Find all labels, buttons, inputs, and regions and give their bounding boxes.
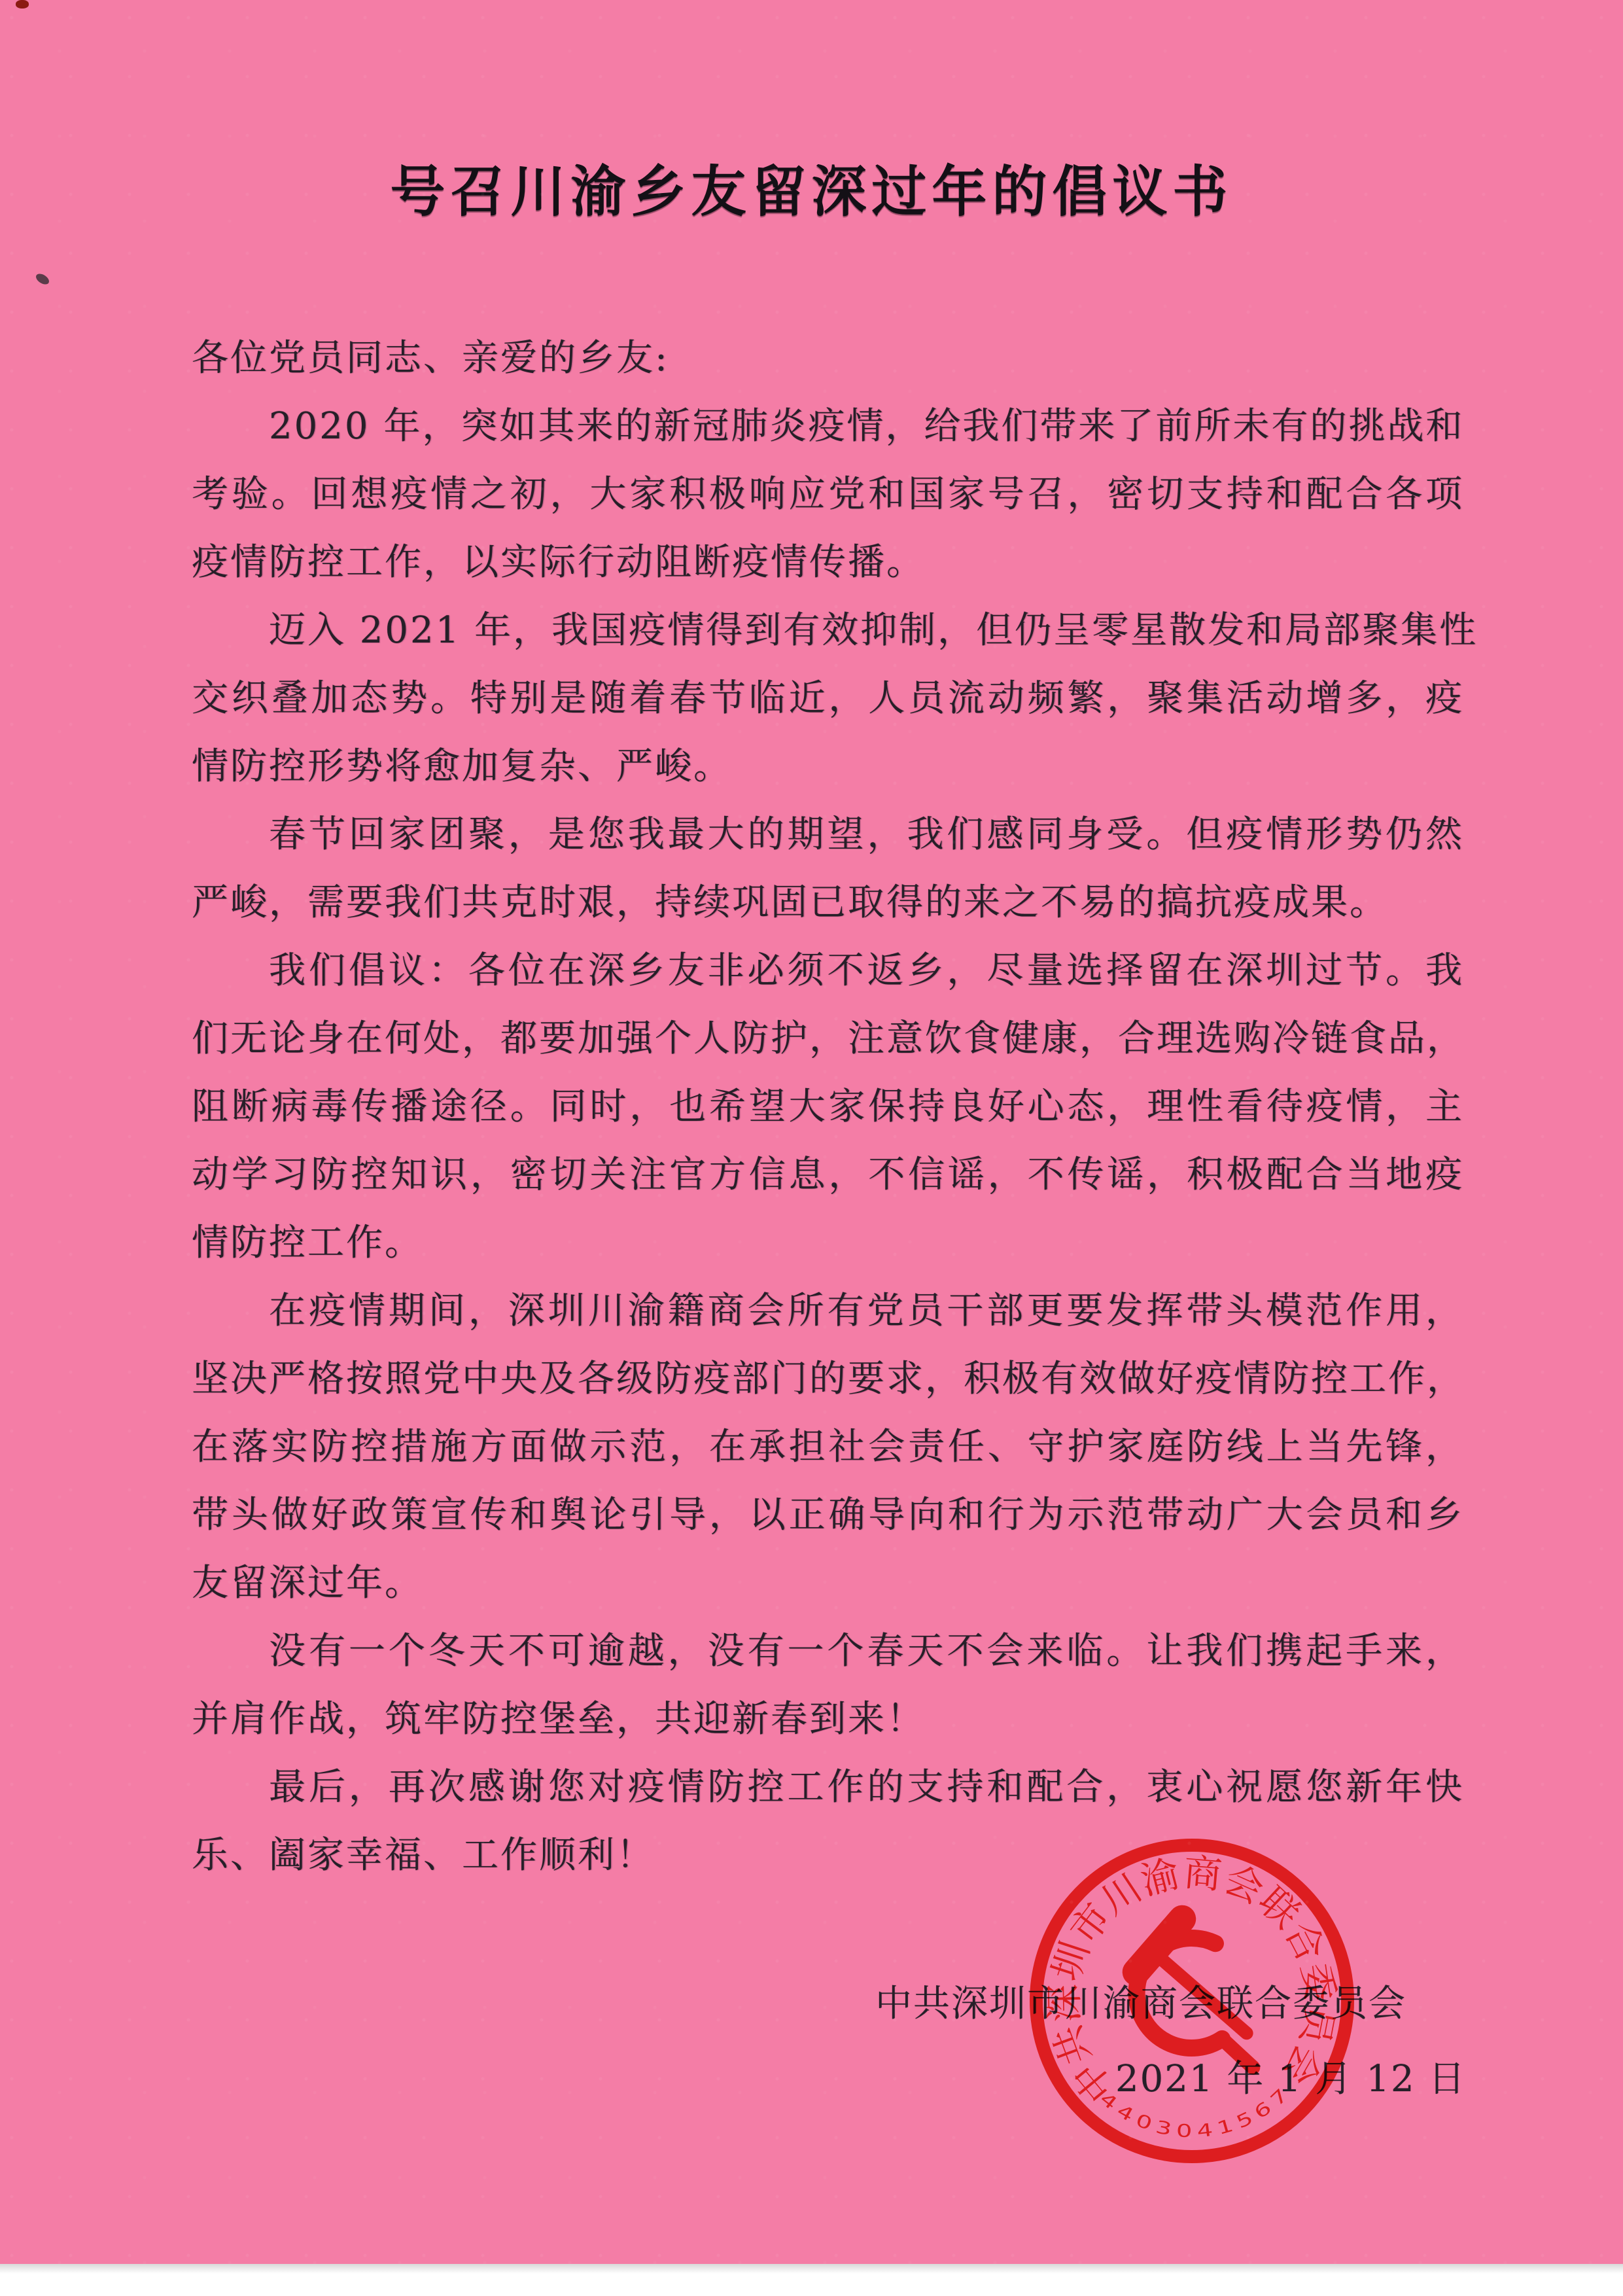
body-lines-container: 2020 年，突如其来的新冠肺炎疫情，给我们带来了前所未有的挑战和考验。回想疫情… xyxy=(192,393,1464,1890)
document-line: 情防控形势将愈加复杂、严峻。 xyxy=(192,733,1464,801)
document-line: 疫情防控工作，以实际行动阻断疫情传播。 xyxy=(192,529,1464,597)
page-title: 号召川渝乡友留深过年的倡议书 xyxy=(0,148,1623,220)
document-line: 动学习防控知识，密切关注官方信息，不信谣，不传谣，积极配合当地疫 xyxy=(192,1141,1464,1209)
scan-speck-top-edge xyxy=(16,0,29,9)
document-line: 在落实防控措施方面做示范，在承担社会责任、守护家庭防线上当先锋， xyxy=(192,1413,1464,1481)
hammer-sickle-icon xyxy=(1132,1915,1253,2075)
document-line: 友留深过年。 xyxy=(192,1549,1464,1617)
scan-speck-left-edge xyxy=(34,272,51,287)
letter-body: 各位党员同志、亲爱的乡友: 2020 年，突如其来的新冠肺炎疫情，给我们带来了前… xyxy=(192,325,1464,1890)
scanner-bottom-edge xyxy=(0,2264,1623,2296)
document-line: 阻断病毒传播途径。同时，也希望大家保持良好心态，理性看待疫情，主 xyxy=(192,1073,1464,1141)
document-line: 2020 年，突如其来的新冠肺炎疫情，给我们带来了前所未有的挑战和 xyxy=(192,393,1464,461)
document-line: 并肩作战，筑牢防控堡垒，共迎新春到来！ xyxy=(192,1686,1464,1754)
document-line: 我们倡议：各位在深乡友非必须不返乡，尽量选择留在深圳过节。我 xyxy=(192,937,1464,1005)
document-line: 带头做好政策宣传和舆论引导，以正确导向和行为示范带动广大会员和乡 xyxy=(192,1481,1464,1549)
document-line: 没有一个冬天不可逾越，没有一个春天不会来临。让我们携起手来， xyxy=(192,1617,1464,1686)
document-line: 们无论身在何处，都要加强个人防护，注意饮食健康，合理选购冷链食品， xyxy=(192,1005,1464,1073)
document-line: 在疫情期间，深圳川渝籍商会所有党员干部更要发挥带头模范作用， xyxy=(192,1277,1464,1345)
document-line: 考验。回想疫情之初，大家积极响应党和国家号召，密切支持和配合各项 xyxy=(192,461,1464,529)
document-line: 情防控工作。 xyxy=(192,1209,1464,1277)
document-line: 最后，再次感谢您对疫情防控工作的支持和配合，衷心祝愿您新年快 xyxy=(192,1754,1464,1822)
greeting-line: 各位党员同志、亲爱的乡友: xyxy=(192,325,1464,393)
document-line: 春节回家团聚，是您我最大的期望，我们感同身受。但疫情形势仍然 xyxy=(192,801,1464,869)
document-line: 严峻，需要我们共克时艰，持续巩固已取得的来之不易的搞抗疫成果。 xyxy=(192,869,1464,937)
scanned-document-page: { "page": { "colors": { "paper_pink": "#… xyxy=(0,0,1623,2296)
pink-paper-sheet: 号召川渝乡友留深过年的倡议书 各位党员同志、亲爱的乡友: 2020 年，突如其来… xyxy=(0,0,1623,2265)
document-line: 迈入 2021 年，我国疫情得到有效抑制，但仍呈零星散发和局部聚集性 xyxy=(192,597,1464,665)
official-seal-stamp: 中共深圳市川渝商会联合委员会 4403041567 xyxy=(1016,1825,1368,2177)
document-line: 交织叠加态势。特别是随着春节临近，人员流动频繁，聚集活动增多，疫 xyxy=(192,665,1464,733)
document-line: 坚决严格按照党中央及各级防疫部门的要求，积极有效做好疫情防控工作， xyxy=(192,1345,1464,1413)
